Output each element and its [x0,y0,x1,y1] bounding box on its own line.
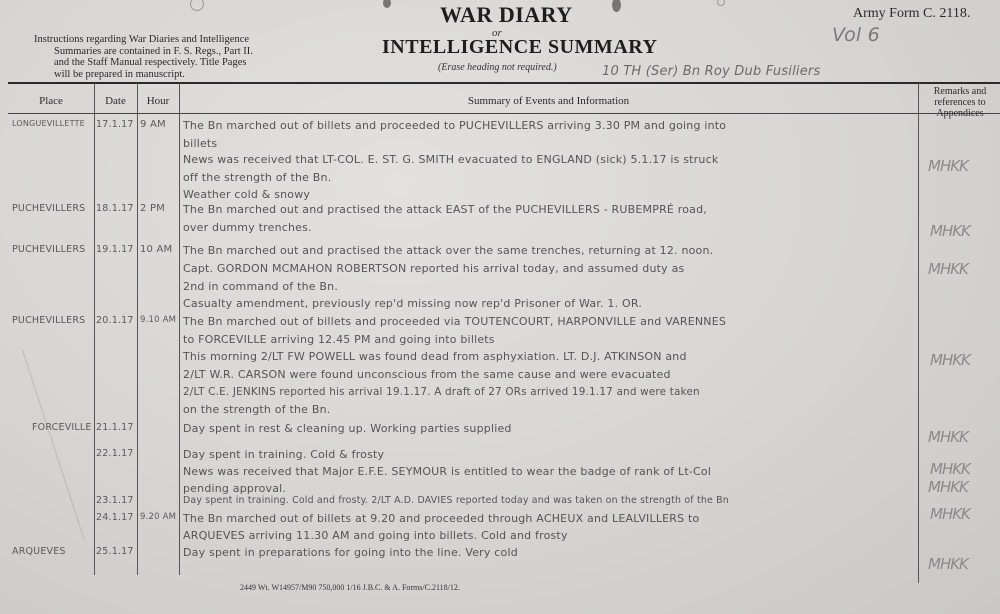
paper-fold [22,350,85,541]
remarks-initials: MHKK [928,478,968,496]
column-header-date: Date [94,95,137,107]
form-title-intelligence-summary: INTELLIGENCE SUMMARY [382,36,657,59]
summary-line: The Bn marched out and practised the att… [183,203,707,216]
entry-date: 23.1.17 [96,495,134,506]
entry-place: PUCHEVILLERS [12,203,94,214]
summary-line: 2/LT C.E. JENKINS reported his arrival 1… [183,386,700,398]
entry-hour: 10 AM [140,244,172,255]
instructions-line: will be prepared in manuscript. [34,69,274,81]
remarks-initials: MHKK [928,260,968,278]
punch-hole [717,0,725,6]
column-divider [137,83,138,575]
summary-line: The Bn marched out of billets at 9.20 an… [183,512,699,525]
entry-place: ARQUEVES [12,546,94,557]
summary-line: The Bn marched out and practised the att… [183,244,713,257]
summary-line: Day spent in preparations for going into… [183,546,518,559]
entry-place: LONGUEVILLETTE [12,119,94,128]
remarks-initials: MHKK [930,351,970,369]
remarks-initials: MHKK [928,555,968,573]
form-title-war-diary: WAR DIARY [440,2,573,28]
summary-line: billets [183,137,217,150]
entry-date: 19.1.17 [96,244,134,255]
entry-date: 18.1.17 [96,203,134,214]
summary-line: Day spent in training. Cold & frosty [183,448,384,461]
column-divider [918,83,919,583]
entry-date: 17.1.17 [96,119,134,130]
form-print-code: 2449 Wt. W14957/M90 750,000 1/16 J.B.C. … [240,583,460,592]
remarks-header-line: Appendices [920,108,1000,119]
summary-line: pending approval. [183,482,286,495]
army-form-number: Army Form C. 2118. [853,6,970,22]
column-header-summary: Summary of Events and Information [179,95,918,107]
column-header-place: Place [8,95,94,107]
instructions-line: and the Staff Manual respectively. Title… [34,57,274,69]
instructions-line: Instructions regarding War Diaries and I… [34,34,274,46]
summary-line: on the strength of the Bn. [183,403,330,416]
column-header-hour: Hour [137,95,179,107]
summary-line: ARQUEVES arriving 11.30 AM and going int… [183,529,568,542]
ink-blot [612,0,621,12]
remarks-initials: MHKK [928,428,968,446]
entry-hour: 9.20 AM [140,512,176,522]
instructions-note: Instructions regarding War Diaries and I… [34,34,274,80]
column-header-remarks: Remarks and references to Appendices [920,86,1000,119]
unit-name: 10 TH (Ser) Bn Roy Dub Fusiliers [602,64,820,79]
erase-heading-note: (Erase heading not required.) [438,62,557,73]
summary-line: Day spent in training. Cold and frosty. … [183,495,729,506]
summary-line: to FORCEVILLE arriving 12.45 PM and goin… [183,333,495,346]
summary-line: Day spent in rest & cleaning up. Working… [183,422,512,435]
column-header-rule [8,113,1000,114]
remarks-header-line: references to [920,97,1000,108]
entry-hour: 2 PM [140,203,165,214]
column-divider [179,83,180,575]
remarks-initials: MHKK [930,460,970,478]
volume-annotation: Vol 6 [832,24,880,46]
header-rule [8,82,1000,84]
summary-line: News was received that LT-COL. E. ST. G.… [183,153,718,166]
entry-place: PUCHEVILLERS [12,244,94,255]
instructions-line: Summaries are contained in F. S. Regs., … [34,46,274,58]
entry-date: 24.1.17 [96,512,134,523]
summary-line: News was received that Major E.F.E. SEYM… [183,465,711,478]
summary-line: off the strength of the Bn. [183,171,331,184]
summary-line: 2nd in command of the Bn. [183,280,338,293]
entry-date: 25.1.17 [96,546,134,557]
column-divider [94,83,95,575]
summary-line: Capt. GORDON MCMAHON ROBERTSON reported … [183,262,684,275]
summary-line: 2/LT W.R. CARSON were found unconscious … [183,368,671,381]
summary-line: The Bn marched out of billets and procee… [183,315,726,328]
punch-hole [190,0,204,11]
ink-blot [383,0,391,8]
entry-hour: 9.10 AM [140,315,176,325]
entry-place: PUCHEVILLERS [12,315,94,326]
entry-date: 20.1.17 [96,315,134,326]
entry-date: 22.1.17 [96,448,134,459]
remarks-header-line: Remarks and [920,86,1000,97]
summary-line: This morning 2/LT FW POWELL was found de… [183,350,687,363]
summary-line: Weather cold & snowy [183,188,310,201]
remarks-initials: MHKK [928,157,968,175]
entry-date: 21.1.17 [96,422,134,433]
remarks-initials: MHKK [930,505,970,523]
entry-hour: 9 AM [140,119,166,130]
remarks-initials: MHKK [930,222,970,240]
summary-line: The Bn marched out of billets and procee… [183,119,726,132]
summary-line: Casualty amendment, previously rep'd mis… [183,297,642,310]
summary-line: over dummy trenches. [183,221,312,234]
